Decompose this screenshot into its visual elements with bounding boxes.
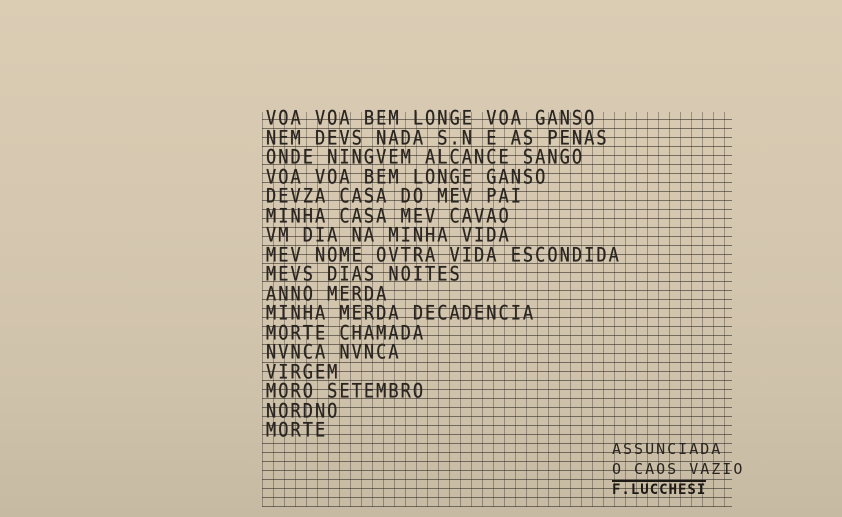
ending-line-2: O CAOS VAZIO [612,460,744,478]
artist-signature: F.LUCCHESI [612,480,706,498]
ending-line-1: ASSUNCIADA [612,440,722,458]
handwritten-text: VOA VOA BEM LONGE VOA GANSO NEM DEVS NAD… [266,110,736,442]
